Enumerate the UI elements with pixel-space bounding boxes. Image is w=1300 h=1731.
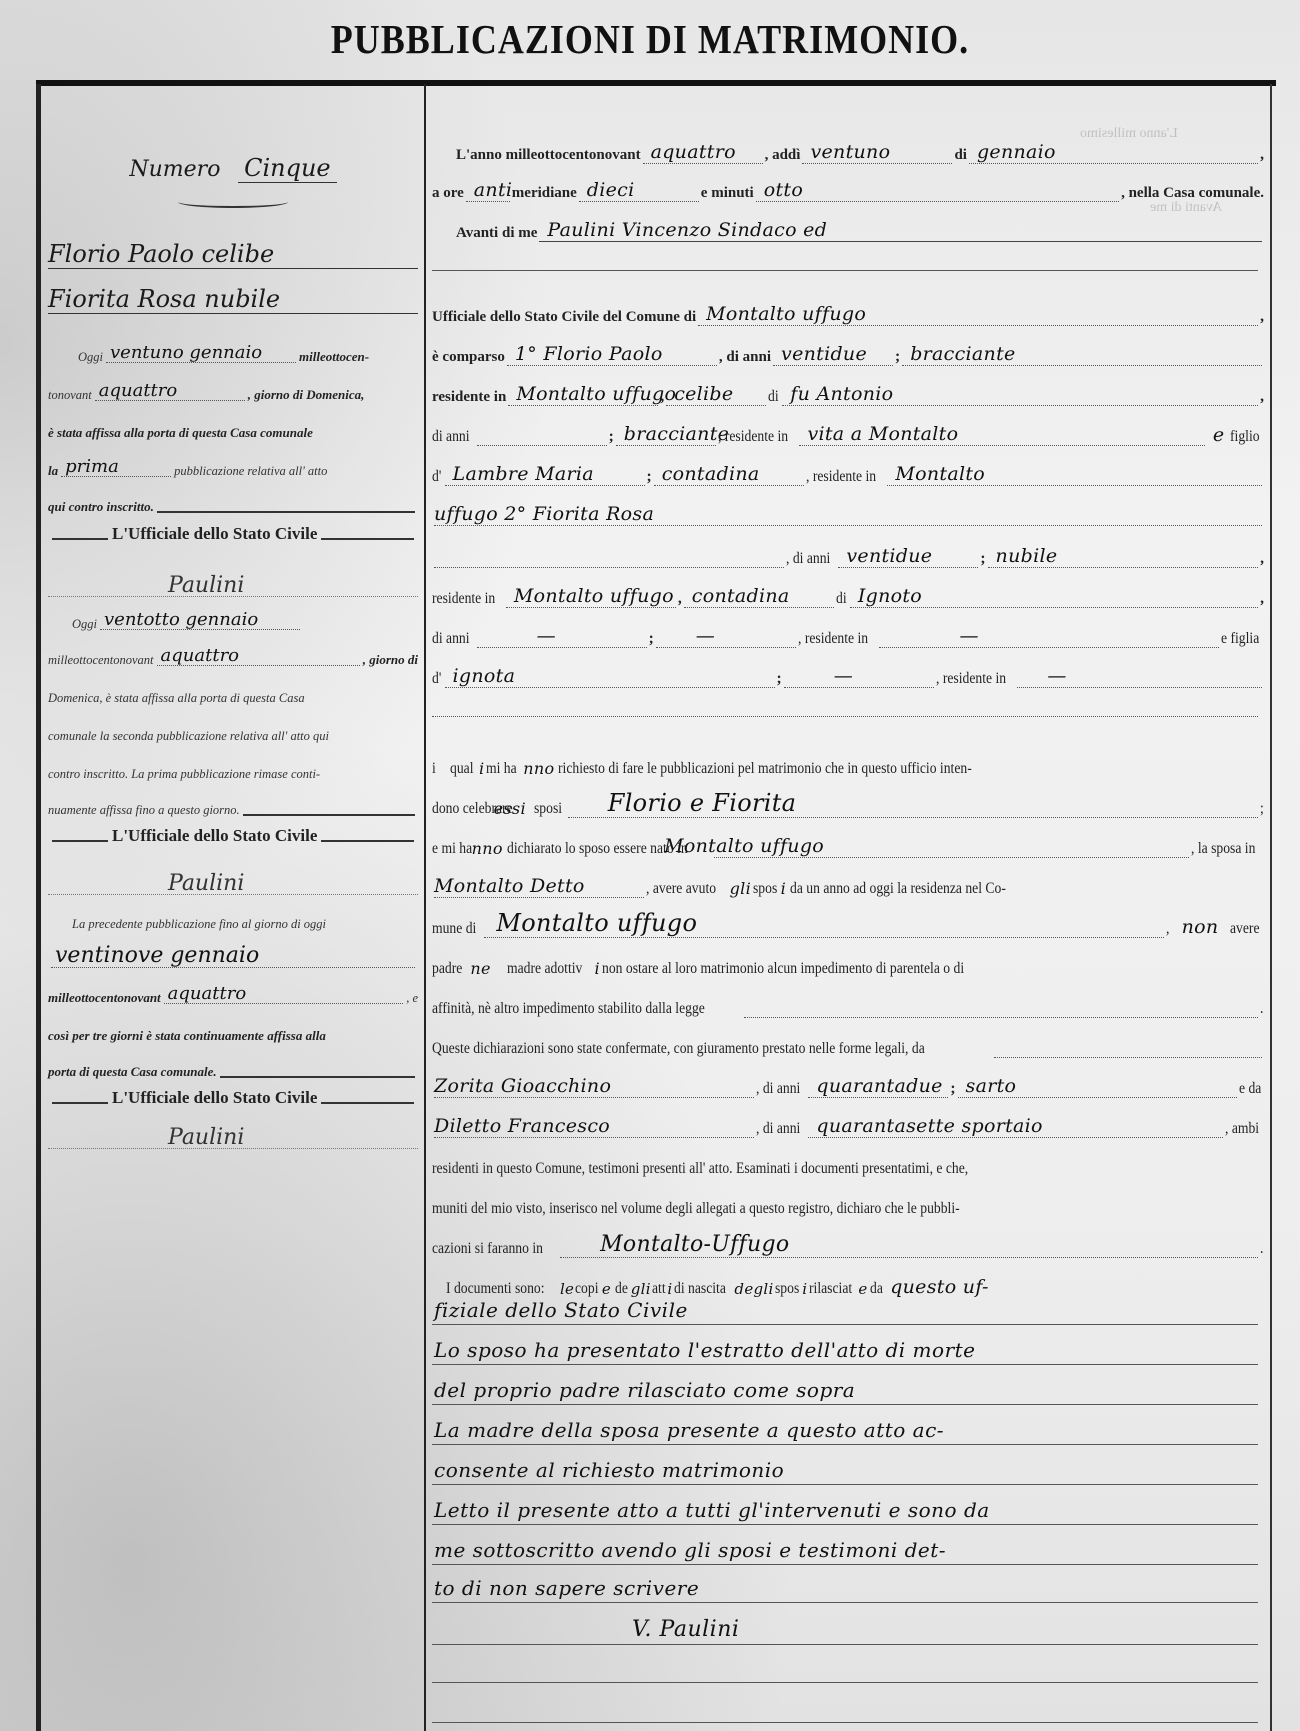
mother-occupation-field: contadina xyxy=(654,463,804,486)
date-handwritten: ventotto gennaio xyxy=(104,611,258,629)
label: , xyxy=(1260,308,1264,326)
label: ; xyxy=(950,1080,955,1098)
label: sposi xyxy=(534,800,562,818)
rule xyxy=(52,538,108,540)
third-posting-line-1: La precedente pubblicazione fino al gior… xyxy=(48,906,418,930)
date-field: ventotto gennaio xyxy=(100,609,300,630)
signature: Paulini xyxy=(168,871,244,896)
label: padre xyxy=(432,960,462,978)
year-handwritten: aquattro xyxy=(99,382,178,400)
handwritten: Zorita Gioacchino xyxy=(434,1075,611,1097)
label: , nella Casa comunale. xyxy=(1121,185,1264,202)
handwritten: bracciante xyxy=(624,423,729,445)
handwritten: Lambre Maria xyxy=(453,463,594,485)
act-row-time: a ore anti meridiane dieci e minuti otto… xyxy=(432,172,1264,202)
first-posting-line-3: è stata affissa alla porta di questa Cas… xyxy=(48,415,418,439)
act-row-residence-year: Montalto Detto , avere avuto gli spos i … xyxy=(432,868,1264,898)
month-field: gennaio xyxy=(969,141,1258,164)
handwritten: fu Antonio xyxy=(790,383,893,405)
date-handwritten: ventuno gennaio xyxy=(110,344,262,362)
act-row-groom: è comparso 1° Florio Paolo , di anni ven… xyxy=(432,336,1264,366)
residence-field: Montalto uffugo xyxy=(508,383,658,406)
label: , di anni xyxy=(756,1120,800,1138)
residence-field: — xyxy=(879,625,1218,648)
handwritten: Ignoto xyxy=(858,585,922,607)
handwritten: 1° Florio Paolo xyxy=(515,343,663,365)
blank-rule xyxy=(432,1682,1258,1683)
handwritten: nubile xyxy=(996,545,1058,567)
handwritten: vita a Montalto xyxy=(807,423,958,445)
handwritten: uffugo 2° Fiorita Rosa xyxy=(434,503,654,525)
record-number-label: Numero xyxy=(129,157,220,182)
act-row-bride: uffugo 2° Fiorita Rosa xyxy=(432,496,1264,526)
handwritten: Montalto uffugo xyxy=(664,835,824,857)
label: così per tre giorni è stata continuament… xyxy=(48,1029,326,1042)
handwritten: nno xyxy=(472,839,503,858)
second-posting-line-4: comunale la seconda pubblicazione relati… xyxy=(48,718,418,742)
act-row-publication-place: cazioni si faranno in Montalto-Uffugo . xyxy=(432,1228,1264,1258)
mother-name-field: ignota xyxy=(445,665,775,688)
label: L'anno milleottocentonovant xyxy=(456,147,641,164)
father-age-field xyxy=(477,423,607,446)
groom-occupation-field: bracciante xyxy=(902,343,1262,366)
handwritten: consente al richiesto matrimonio xyxy=(434,1458,784,1482)
bride-entry: Fiorita Rosa nubile xyxy=(48,279,418,314)
label: , ambi xyxy=(1225,1120,1259,1138)
handwritten: del proprio padre rilasciato come sopra xyxy=(434,1378,855,1402)
rule xyxy=(52,840,108,842)
handwritten: ventidue xyxy=(846,545,932,567)
occupation-field: — xyxy=(784,665,934,688)
bride-status-field: nubile xyxy=(988,545,1259,568)
handwritten: Diletto Francesco xyxy=(434,1115,610,1137)
handwritten: i xyxy=(479,759,484,778)
act-row-mother: d' Lambre Maria ; contadina , residente … xyxy=(432,456,1264,486)
act-row-bride-mother: d' ignota ; — , residente in — xyxy=(432,658,1264,688)
label: richiesto di fare le pubblicazioni pel m… xyxy=(558,760,972,778)
publication-place-field: Montalto-Uffugo xyxy=(560,1235,1258,1258)
spouses-field: Florio e Fiorita xyxy=(568,795,1258,818)
comune-field: Montalto uffugo xyxy=(698,303,1258,326)
document-page: L'anno millesimo Avanti di me PUBBLICAZI… xyxy=(0,0,1300,1731)
act-row-father-details: di anni ; bracciante , residente in vita… xyxy=(432,416,1264,446)
label: a ore xyxy=(432,185,464,202)
year-handwritten: aquattro xyxy=(168,985,247,1003)
father-field: fu Antonio xyxy=(782,383,1258,406)
groom-entry: Florio Paolo celibe xyxy=(48,234,418,269)
handwritten-line-5: consente al richiesto matrimonio xyxy=(432,1450,1258,1485)
handwritten-line-4: La madre della sposa presente a questo a… xyxy=(432,1410,1258,1445)
officer-signature-1: Paulini xyxy=(48,562,418,597)
label: , addì xyxy=(765,147,801,164)
groom-name-field: 1° Florio Paolo xyxy=(507,343,717,366)
rule xyxy=(321,1102,414,1104)
handwritten-line-2: Lo sposo ha presentato l'estratto dell'a… xyxy=(432,1330,1258,1365)
label: e minuti xyxy=(701,185,754,202)
label: , xyxy=(678,590,682,608)
label: , la sposa in xyxy=(1191,840,1255,858)
second-posting-line-5: contro inscritto. La prima pubblicazione… xyxy=(48,756,418,780)
act-row-bride-father: di anni — ; — , residente in — e figlia xyxy=(432,618,1264,648)
handwritten: — xyxy=(696,625,715,647)
officer-heading-1: L'Ufficiale dello Stato Civile xyxy=(48,514,418,544)
label: ; xyxy=(609,428,614,446)
officer-signature-3: Paulini xyxy=(48,1114,418,1149)
second-posting-line-2: milleottocentonovant aquattro , giorno d… xyxy=(48,642,418,666)
officer-heading-2: L'Ufficiale dello Stato Civile xyxy=(48,816,418,846)
officer-label: L'Ufficiale dello Stato Civile xyxy=(112,524,317,544)
handwritten: fiziale dello Stato Civile xyxy=(434,1298,688,1322)
father-field: Ignoto xyxy=(850,585,1258,608)
handwritten: to di non sapere scrivere xyxy=(434,1576,699,1600)
blank-field xyxy=(434,545,784,568)
label: Oggi xyxy=(72,618,97,631)
label: Queste dichiarazioni sono state conferma… xyxy=(432,1040,925,1058)
final-signature-line: V. Paulini xyxy=(432,1610,1258,1645)
act-row-comune-residence: mune di Montalto uffugo , non avere xyxy=(432,908,1264,938)
witness-1-occupation-field: sarto xyxy=(958,1075,1237,1098)
handwritten: Florio e Fiorita xyxy=(608,789,797,817)
witness-1-name-field: Zorita Gioacchino xyxy=(434,1075,754,1098)
first-posting-line-4: la prima pubblicazione relativa all' att… xyxy=(48,453,418,477)
label: ; xyxy=(980,550,985,568)
blank-rule xyxy=(432,270,1258,271)
handwritten: Montalto xyxy=(895,463,985,485)
label: Oggi xyxy=(78,351,103,364)
label: madre adottiv xyxy=(507,960,582,978)
handwritten: contadina xyxy=(662,463,760,485)
occupation-field: — xyxy=(656,625,796,648)
second-posting-line-1: Oggi ventotto gennaio xyxy=(48,604,418,630)
label: . xyxy=(1260,1000,1263,1018)
date-handwritten: ventinove gennaio xyxy=(55,945,259,967)
label: , residente in xyxy=(798,630,868,648)
label: mi ha xyxy=(486,760,517,778)
label: , di anni xyxy=(756,1080,800,1098)
frame-right-border xyxy=(1270,84,1272,1731)
act-row-comune: Ufficiale dello Stato Civile del Comune … xyxy=(432,296,1264,326)
handwritten: sarto xyxy=(966,1075,1017,1097)
handwritten: — xyxy=(1047,665,1066,687)
label: , di anni xyxy=(719,349,771,366)
act-row-birthplace: e mi ha nno dichiarato lo sposo essere n… xyxy=(432,828,1264,858)
officer-name-field: Paulini Vincenzo Sindaco ed xyxy=(539,219,1262,242)
handwritten: Montalto uffugo xyxy=(514,585,674,607)
handwritten: Lo sposo ha presentato l'estratto dell'a… xyxy=(434,1338,976,1362)
handwritten: celibe xyxy=(674,383,733,405)
handwritten-line-6: Letto il presente atto a tutti gl'interv… xyxy=(432,1490,1258,1525)
witness-1-age-field: quarantadue xyxy=(808,1075,948,1098)
handwritten: Paulini Vincenzo Sindaco ed xyxy=(547,219,827,241)
label: e mi ha xyxy=(432,840,472,858)
third-posting-line-3: milleottocentonovant aquattro , e xyxy=(48,980,418,1004)
first-posting-line-1: Oggi ventuno gennaio milleottocen- xyxy=(48,339,418,363)
label: , residente in xyxy=(718,428,788,446)
label: cazioni si faranno in xyxy=(432,1240,543,1258)
label: e da xyxy=(1239,1080,1261,1098)
handwritten: i xyxy=(594,959,599,978)
act-row-groom-residence: residente in Montalto uffugo , celibe di… xyxy=(432,376,1264,406)
bride-birthplace-field: Montalto Detto xyxy=(434,875,644,898)
label: tonovant xyxy=(48,389,92,402)
handwritten: aquattro xyxy=(651,141,736,163)
rule xyxy=(52,1102,108,1104)
mother-name-field: Lambre Maria xyxy=(445,463,645,486)
witness-2-age-occupation-field: quarantasette sportaio xyxy=(808,1115,1223,1138)
label: La precedente pubblicazione fino al gior… xyxy=(72,918,326,931)
label: di anni xyxy=(432,630,470,648)
act-row-declarations: Queste dichiarazioni sono state conferma… xyxy=(432,1028,1264,1058)
label: avere xyxy=(1230,920,1260,938)
label: non ostare al loro matrimonio alcun impe… xyxy=(602,960,964,978)
father-residence-field: vita a Montalto xyxy=(799,423,1204,446)
bride-name-field: uffugo 2° Fiorita Rosa xyxy=(434,503,1262,526)
year-field: aquattro xyxy=(164,983,404,1004)
groom-name: Florio Paolo celibe xyxy=(48,240,274,268)
groom-birthplace-field: Montalto uffugo xyxy=(714,835,1189,858)
blank-rule xyxy=(432,716,1258,717)
label: comunale la seconda pubblicazione relati… xyxy=(48,730,329,743)
handwritten: La madre della sposa presente a questo a… xyxy=(434,1418,944,1442)
blank-line xyxy=(243,794,415,816)
act-row-witness-2: Diletto Francesco , di anni quarantasett… xyxy=(432,1108,1264,1138)
label: affinità, nè altro impedimento stabilito… xyxy=(432,1000,705,1018)
label: e figlia xyxy=(1221,630,1259,648)
act-row-bride-age: , di anni ventidue ; nubile , xyxy=(432,538,1264,568)
label: d' xyxy=(432,670,441,688)
label: ; xyxy=(777,670,782,688)
handwritten: Montalto uffugo xyxy=(516,383,676,405)
right-column-act: L'anno milleottocentonovant aquattro , a… xyxy=(432,84,1264,1731)
day-field: ventuno xyxy=(802,141,952,164)
label: , xyxy=(1260,550,1264,568)
officer-label: L'Ufficiale dello Stato Civile xyxy=(112,826,317,846)
groom-age-field: ventidue xyxy=(773,343,893,366)
label: residente in xyxy=(432,389,506,406)
third-posting-line-4: così per tre giorni è stata continuament… xyxy=(48,1018,418,1042)
residence-field: — xyxy=(1017,665,1262,688)
occupation-field: contadina xyxy=(684,585,834,608)
comune-residence-field: Montalto uffugo xyxy=(484,915,1163,938)
label: pubblicazione relativa all' atto xyxy=(174,465,327,478)
label: Avanti di me xyxy=(456,225,537,242)
handwritten: — xyxy=(959,625,978,647)
first-posting-line-5: qui contro inscritto. xyxy=(48,489,418,513)
act-row-visto: muniti del mio visto, inserisco nel volu… xyxy=(432,1188,1264,1218)
signature: Paulini xyxy=(168,573,244,598)
third-posting-line-2: ventinove gennaio xyxy=(48,936,418,968)
hour-field: dieci xyxy=(579,179,699,202)
blank-field xyxy=(994,1035,1262,1058)
officer-signature-2: Paulini xyxy=(48,860,418,895)
handwritten: quarantadue xyxy=(816,1075,942,1097)
rule xyxy=(321,538,414,540)
second-posting-line-6: nuamente affissa fino a questo giorno. xyxy=(48,792,418,816)
handwritten: bracciante xyxy=(910,343,1015,365)
record-number-value: Cinque xyxy=(238,154,337,183)
handwritten: Montalto-Uffugo xyxy=(600,1232,789,1257)
handwritten: dieci xyxy=(587,179,635,201)
label: porta di questa Casa comunale. xyxy=(48,1065,217,1078)
label: è stata affissa alla porta di questa Cas… xyxy=(48,426,313,439)
label: Domenica, è stata affissa alla porta di … xyxy=(48,692,305,705)
handwritten: — xyxy=(537,625,556,647)
handwritten-line-3: del proprio padre rilasciato come sopra xyxy=(432,1370,1258,1405)
minutes-field: otto xyxy=(756,179,1119,202)
handwritten: non xyxy=(1182,916,1219,938)
label: ; xyxy=(647,468,652,486)
handwritten: me sottoscritto avendo gli sposi e testi… xyxy=(434,1538,946,1562)
label: qual xyxy=(450,760,473,778)
label: , giorno di xyxy=(363,653,418,666)
label: ; xyxy=(895,348,900,366)
act-row-before-me: Avanti di me Paulini Vincenzo Sindaco ed xyxy=(432,212,1264,242)
handwritten-line-8: to di non sapere scrivere xyxy=(432,1568,1258,1603)
label: contro inscritto. La prima pubblicazione… xyxy=(48,768,320,781)
frame-left-border xyxy=(36,84,41,1731)
date-field: ventinove gennaio xyxy=(51,937,415,968)
label: . xyxy=(1260,1240,1263,1258)
act-row-affinity: affinità, nè altro impedimento stabilito… xyxy=(432,988,1264,1018)
handwritten: e xyxy=(1213,424,1225,446)
record-number: Numero Cinque xyxy=(48,154,418,182)
label: , xyxy=(1260,388,1264,406)
handwritten: Letto il presente atto a tutti gl'interv… xyxy=(434,1498,990,1522)
handwritten: nno xyxy=(523,759,554,778)
label: milleottocentonovant xyxy=(48,991,161,1004)
handwritten: ne xyxy=(470,959,490,978)
flourish-ornament xyxy=(178,196,288,208)
label: residente in xyxy=(432,590,495,608)
residence-field: Montalto uffugo xyxy=(506,585,676,608)
label: , di anni xyxy=(786,550,830,568)
handwritten: quarantasette sportaio xyxy=(816,1115,1042,1137)
handwritten: Montalto Detto xyxy=(434,875,585,897)
label: , xyxy=(1260,146,1264,164)
label: ; xyxy=(649,630,654,648)
blank-field xyxy=(744,995,1258,1018)
handwritten: gli xyxy=(730,879,751,898)
act-row-celebrate: dono celebrare essi sposi Florio e Fiori… xyxy=(432,788,1264,818)
act-row-request: i qual i mi ha nno richiesto di fare le … xyxy=(432,748,1264,778)
label: milleottocen- xyxy=(299,350,369,363)
age-field: — xyxy=(477,625,647,648)
label: dichiarato lo sposo essere nato in xyxy=(507,840,688,858)
witness-2-name-field: Diletto Francesco xyxy=(434,1115,754,1138)
handwritten-line-7: me sottoscritto avendo gli sposi e testi… xyxy=(432,1530,1258,1565)
label: , residente in xyxy=(806,468,876,486)
label: da un anno ad oggi la residenza nel Co- xyxy=(790,880,1006,898)
year-field: aquattro xyxy=(157,645,360,666)
label: , xyxy=(1260,590,1264,608)
year-field: aquattro xyxy=(643,141,763,164)
label: nuamente affissa fino a questo giorno. xyxy=(48,804,240,817)
label: milleottocentonovant xyxy=(48,654,154,667)
officer-label: L'Ufficiale dello Stato Civile xyxy=(112,1088,317,1108)
label: , xyxy=(1166,920,1169,938)
ante-post-field: anti xyxy=(466,179,510,202)
handwritten: gennaio xyxy=(977,141,1056,163)
label: di xyxy=(768,388,779,406)
year-handwritten: aquattro xyxy=(161,647,240,665)
rule xyxy=(321,840,414,842)
handwritten: ventidue xyxy=(781,343,867,365)
handwritten: otto xyxy=(764,179,803,201)
date-field: ventuno gennaio xyxy=(106,342,296,363)
final-signature: V. Paulini xyxy=(632,1617,739,1642)
second-posting-line-3: Domenica, è stata affissa alla porta di … xyxy=(48,680,418,704)
label: muniti del mio visto, inserisco nel volu… xyxy=(432,1200,960,1218)
label: , giorno di Domenica, xyxy=(248,388,365,401)
label: è comparso xyxy=(432,349,505,366)
blank-line xyxy=(220,1056,415,1078)
label: , residente in xyxy=(936,670,1006,688)
third-posting-line-5: porta di questa Casa comunale. xyxy=(48,1054,418,1078)
label: residenti in questo Comune, testimoni pr… xyxy=(432,1160,968,1178)
act-row-witness-1: Zorita Gioacchino , di anni quarantadue … xyxy=(432,1068,1264,1098)
label: ; xyxy=(1260,800,1264,818)
handwritten: Montalto uffugo xyxy=(706,303,866,325)
blank-rule xyxy=(432,1722,1258,1723)
label: di anni xyxy=(432,428,470,446)
label: d' xyxy=(432,468,441,486)
mother-residence-field: Montalto xyxy=(887,463,1262,486)
status-field: celibe xyxy=(666,383,766,406)
label: meridiane xyxy=(512,185,577,202)
bride-name: Fiorita Rosa nubile xyxy=(48,285,280,313)
label: dono celebrare xyxy=(432,800,513,818)
act-row-parents: padre ne madre adottiv i non ostare al l… xyxy=(432,948,1264,978)
signature: Paulini xyxy=(168,1125,244,1150)
label: la xyxy=(48,464,58,477)
handwritten: — xyxy=(834,665,853,687)
label: qui contro inscritto. xyxy=(48,500,154,513)
label: di xyxy=(836,590,847,608)
label: figlio xyxy=(1230,428,1260,446)
act-row-residents: residenti in questo Comune, testimoni pr… xyxy=(432,1148,1264,1178)
ordinal-field: prima xyxy=(61,456,171,477)
handwritten: contadina xyxy=(692,585,790,607)
father-occupation-field: bracciante xyxy=(616,423,716,446)
handwritten: anti xyxy=(474,179,512,201)
handwritten: Montalto uffugo xyxy=(496,909,697,937)
left-column-margin-notes: Numero Cinque Florio Paolo celibe Fiorit… xyxy=(48,84,418,1731)
label: i xyxy=(432,760,436,778)
handwritten-line-1: fiziale dello Stato Civile xyxy=(432,1290,1258,1325)
act-row-bride-residence: residente in Montalto uffugo , contadina… xyxy=(432,578,1264,608)
first-posting-line-2: tonovant aquattro , giorno di Domenica, xyxy=(48,377,418,401)
document-title: PUBBLICAZIONI DI MATRIMONIO. xyxy=(0,15,1300,63)
label: Ufficiale dello Stato Civile del Comune … xyxy=(432,309,696,326)
bride-age-field: ventidue xyxy=(838,545,978,568)
label: di xyxy=(954,147,967,164)
label: spos xyxy=(753,880,777,898)
label: mune di xyxy=(432,920,476,938)
year-field: aquattro xyxy=(95,380,245,401)
handwritten: i xyxy=(781,879,786,898)
ordinal-handwritten: prima xyxy=(65,458,119,476)
act-row-year-date: L'anno milleottocentonovant aquattro , a… xyxy=(432,134,1264,164)
column-divider xyxy=(424,84,426,1731)
blank-line xyxy=(157,491,415,513)
label: , e xyxy=(406,992,418,1005)
label: , avere avuto xyxy=(646,880,716,898)
officer-heading-3: L'Ufficiale dello Stato Civile xyxy=(48,1078,418,1108)
handwritten: ventuno xyxy=(810,141,890,163)
handwritten: ignota xyxy=(453,665,516,687)
